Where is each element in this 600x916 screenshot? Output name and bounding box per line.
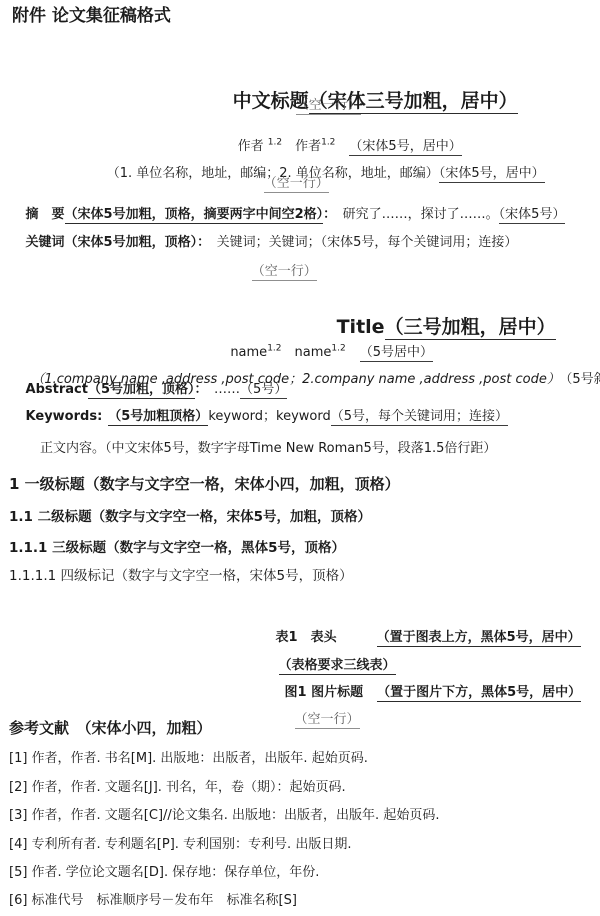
reference-item-2: [2] 作者，作者. 文题名[J]. 刊名，年，卷（期）：起始页码. [9, 780, 346, 796]
figure-caption-format-note: （置于图片下方，黑体5号，居中） [377, 685, 581, 702]
document-page: 附件 论文集征稿格式 中文标题（宋体三号加粗，居中） （空一行） 作者 1.2 … [0, 0, 600, 916]
reference-item-4: [4] 专利所有者. 专利题名[P]. 专利国别：专利号. 出版日期. [9, 837, 351, 853]
en-keywords-format-note: （5号加粗顶格） [108, 409, 208, 426]
heading-level-2: 1.1 二级标题（数字与文字空一格，宋体5号，加粗，顶格） [9, 509, 371, 526]
en-affiliation-format-note: （5号斜体，居中） [566, 372, 600, 387]
reference-item-5: [5] 作者. 学位论文题名[D]. 保存地：保存单位，年份. [9, 865, 319, 881]
table-caption-format-note: （置于图表上方，黑体5号，居中） [377, 630, 581, 647]
reference-item-6: [6] 标准代号 标准顺序号－发布年 标准名称[S] [9, 893, 297, 909]
blank-line-4-text: （空一行） [295, 712, 360, 729]
en-keywords-body: keyword；keyword [208, 409, 330, 424]
blank-line-4: （空一行） [278, 696, 360, 745]
heading-level-3: 1.1.1 三级标题（数字与文字空一格，黑体5号，顶格） [9, 540, 345, 557]
reference-item-1: [1] 作者，作者. 书名[M]. 出版地：出版者，出版年. 起始页码. [9, 751, 368, 767]
heading-level-1: 1 一级标题（数字与文字空一格，宋体小四，加粗，顶格） [9, 475, 400, 494]
references-heading: 参考文献 （宋体小四，加粗） [9, 719, 212, 738]
attachment-heading: 附件 论文集征稿格式 [12, 6, 171, 27]
en-keywords-label: Keywords: [26, 409, 103, 424]
heading-level-4: 1.1.1.1 四级标记（数字与文字空一格，宋体5号，顶格） [9, 568, 353, 585]
en-keywords-size-note: （5号，每个关键词用；连接） [331, 409, 508, 426]
en-keywords-line: Keywords:（5号加粗顶格）keyword；keyword（5号，每个关键… [9, 393, 508, 442]
reference-item-3: [3] 作者，作者. 文题名[C]//论文集名. 出版地：出版者，出版年. 起始… [9, 808, 439, 824]
body-paragraph: 正文内容。（中文宋体5号，数字字母Time New Roman5号，段落1.5倍… [40, 441, 496, 457]
